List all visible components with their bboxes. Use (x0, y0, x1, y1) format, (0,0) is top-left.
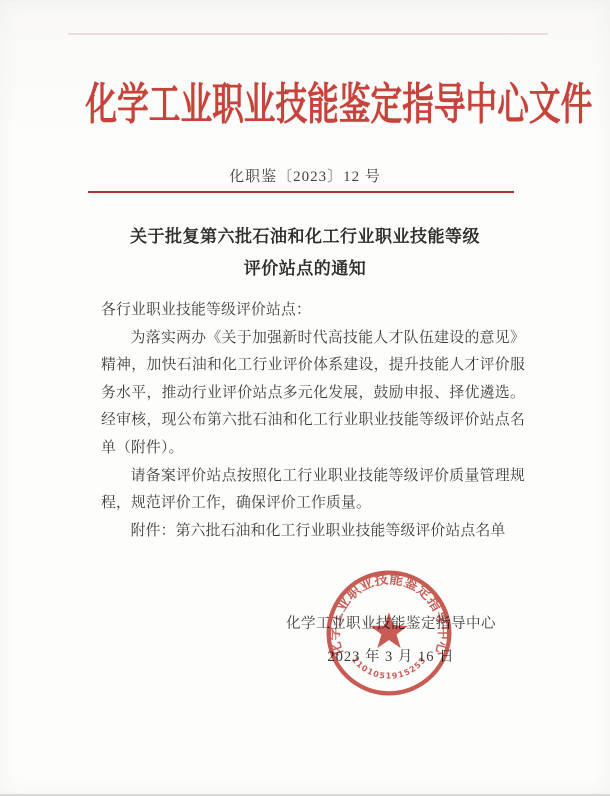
document-title-line1: 关于批复第六批石油和化工行业职业技能等级 (55, 221, 555, 253)
document-number: 化职鉴〔2023〕12 号 (0, 165, 610, 186)
letterhead-title: 化学工业职业技能鉴定指导中心文件 (85, 68, 524, 132)
salutation: 各行业职业技能等级评价站点： (101, 297, 525, 325)
document-body: 各行业职业技能等级评价站点： 为落实两办《关于加强新时代高技能人才队伍建设的意见… (101, 297, 525, 545)
signing-date: 2023 年 3 月 16 日 (172, 647, 610, 667)
signature-block: 化学工业职业技能鉴定指导中心 2023 年 3 月 16 日 (172, 614, 610, 667)
document-title: 关于批复第六批石油和化工行业职业技能等级 评价站点的通知 (55, 221, 555, 285)
attachment-line: 附件：第六批石油和化工行业职业技能等级评价站点名单 (101, 518, 525, 546)
body-paragraph: 请备案评价站点按照化工行业职业技能等级评价质量管理规程，规范评价工作，确保评价工… (101, 463, 525, 518)
document-title-line2: 评价站点的通知 (55, 253, 555, 285)
signing-organization: 化学工业职业技能鉴定指导中心 (172, 614, 610, 634)
red-divider-rule (88, 191, 514, 193)
scanned-document-page: 化学工业职业技能鉴定指导中心文件 化职鉴〔2023〕12 号 关于批复第六批石油… (0, 0, 610, 796)
body-paragraph: 为落实两办《关于加强新时代高技能人才队伍建设的意见》精神，加快石油和化工行业评价… (101, 325, 525, 463)
scan-artifact-line (68, 33, 548, 35)
